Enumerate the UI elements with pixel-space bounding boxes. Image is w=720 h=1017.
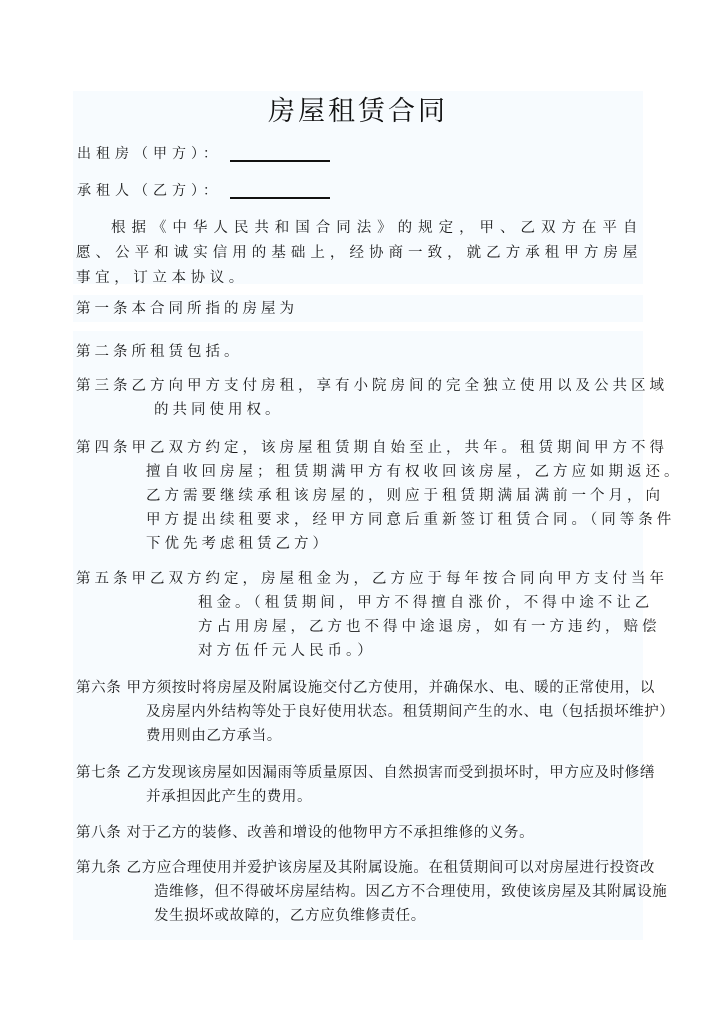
article-3: 第三条乙方向甲方支付房租，享有小院房间的完全独立使用以及公共区域 的共同使用权。 [76, 374, 644, 422]
article-line: 擅自收回房屋；租赁期满甲方有权收回该房屋，乙方应如期返还。 [76, 460, 644, 484]
lessee-blank[interactable] [230, 183, 330, 199]
article-line: 甲方提出续租要求，经甲方同意后重新签订租赁合同。（同等条件 [76, 508, 644, 532]
article-line: 的共同使用权。 [76, 398, 644, 422]
document-title: 房屋租赁合同 [73, 95, 643, 129]
article-6: 第六条 甲方须按时将房屋及附属设施交付乙方使用，并确保水、电、暖的正常使用，以 … [76, 676, 644, 748]
article-line: 造维修，但不得破坏房屋结构。因乙方不合理使用，致使该房屋及其附属设施 [76, 880, 644, 904]
article-line: 方占用房屋，乙方也不得中途退房，如有一方违约，赔偿 [76, 615, 644, 639]
article-line: 发生损坏或故障的，乙方应负维修责任。 [76, 904, 644, 928]
article-9: 第九条 乙方应合理使用并爱护该房屋及其附属设施。在租赁期间可以对房屋进行投资改 … [76, 856, 644, 928]
lessor-blank[interactable] [230, 146, 330, 162]
article-line: 及房屋内外结构等处于良好使用状态。租赁期间产生的水、电（包括损坏维护） [76, 700, 644, 724]
article-1: 第一条本合同所指的房屋为 [76, 297, 644, 321]
article-line: 第四条甲乙双方约定，该房屋租赁期自始至止，共年。租赁期间甲方不得 [76, 436, 644, 460]
article-line: 下优先考虑租赁乙方） [76, 532, 644, 556]
lessee-field: 承租人（乙方）： [77, 181, 330, 201]
article-4: 第四条甲乙双方约定，该房屋租赁期自始至止，共年。租赁期间甲方不得 擅自收回房屋；… [76, 436, 644, 556]
lessor-label: 出租房（甲方）： [77, 146, 222, 162]
article-2: 第二条所租赁包括。 [76, 340, 644, 364]
lessor-field: 出租房（甲方）： [77, 144, 330, 164]
article-line: 第三条乙方向甲方支付房租，享有小院房间的完全独立使用以及公共区域 [76, 374, 644, 398]
article-line: 并承担因此产生的费用。 [76, 785, 644, 809]
article-line: 乙方需要继续承租该房屋的，则应于租赁期满届满前一个月，向 [76, 484, 644, 508]
article-line: 第九条 乙方应合理使用并爱护该房屋及其附属设施。在租赁期间可以对房屋进行投资改 [76, 856, 644, 880]
article-1-block: 第一条本合同所指的房屋为 [73, 295, 643, 322]
article-7: 第七条 乙方发现该房屋如因漏雨等质量原因、自然损害而受到损坏时，甲方应及时修缮 … [76, 761, 644, 809]
article-line: 第二条所租赁包括。 [76, 340, 644, 364]
article-line: 第六条 甲方须按时将房屋及附属设施交付乙方使用，并确保水、电、暖的正常使用，以 [76, 676, 644, 700]
article-5: 第五条甲乙双方约定，房屋租金为，乙方应于每年按合同向甲方支付当年 租金。（租赁期… [76, 567, 644, 663]
articles-block: 第二条所租赁包括。 第三条乙方向甲方支付房租，享有小院房间的完全独立使用以及公共… [73, 331, 643, 940]
article-line: 第八条 对于乙方的装修、改善和增设的他物甲方不承担维修的义务。 [76, 821, 644, 845]
lessee-label: 承租人（乙方）： [77, 183, 222, 199]
article-8: 第八条 对于乙方的装修、改善和增设的他物甲方不承担维修的义务。 [76, 821, 644, 845]
article-line: 租金。（租赁期间，甲方不得擅自涨价，不得中途不让乙 [76, 591, 644, 615]
article-line: 对方伍仟元人民币。） [76, 639, 644, 663]
article-line: 第一条本合同所指的房屋为 [76, 297, 644, 321]
article-line: 费用则由乙方承当。 [76, 724, 644, 748]
article-line: 第七条 乙方发现该房屋如因漏雨等质量原因、自然损害而受到损坏时，甲方应及时修缮 [76, 761, 644, 785]
preamble: 根据《中华人民共和国合同法》的规定，甲、乙双方在平自愿、公平和诚实信用的基础上，… [76, 216, 642, 291]
header-block: 房屋租赁合同 出租房（甲方）： 承租人（乙方）： 根据《中华人民共和国合同法》的… [73, 91, 643, 284]
article-line: 第五条甲乙双方约定，房屋租金为，乙方应于每年按合同向甲方支付当年 [76, 567, 644, 591]
